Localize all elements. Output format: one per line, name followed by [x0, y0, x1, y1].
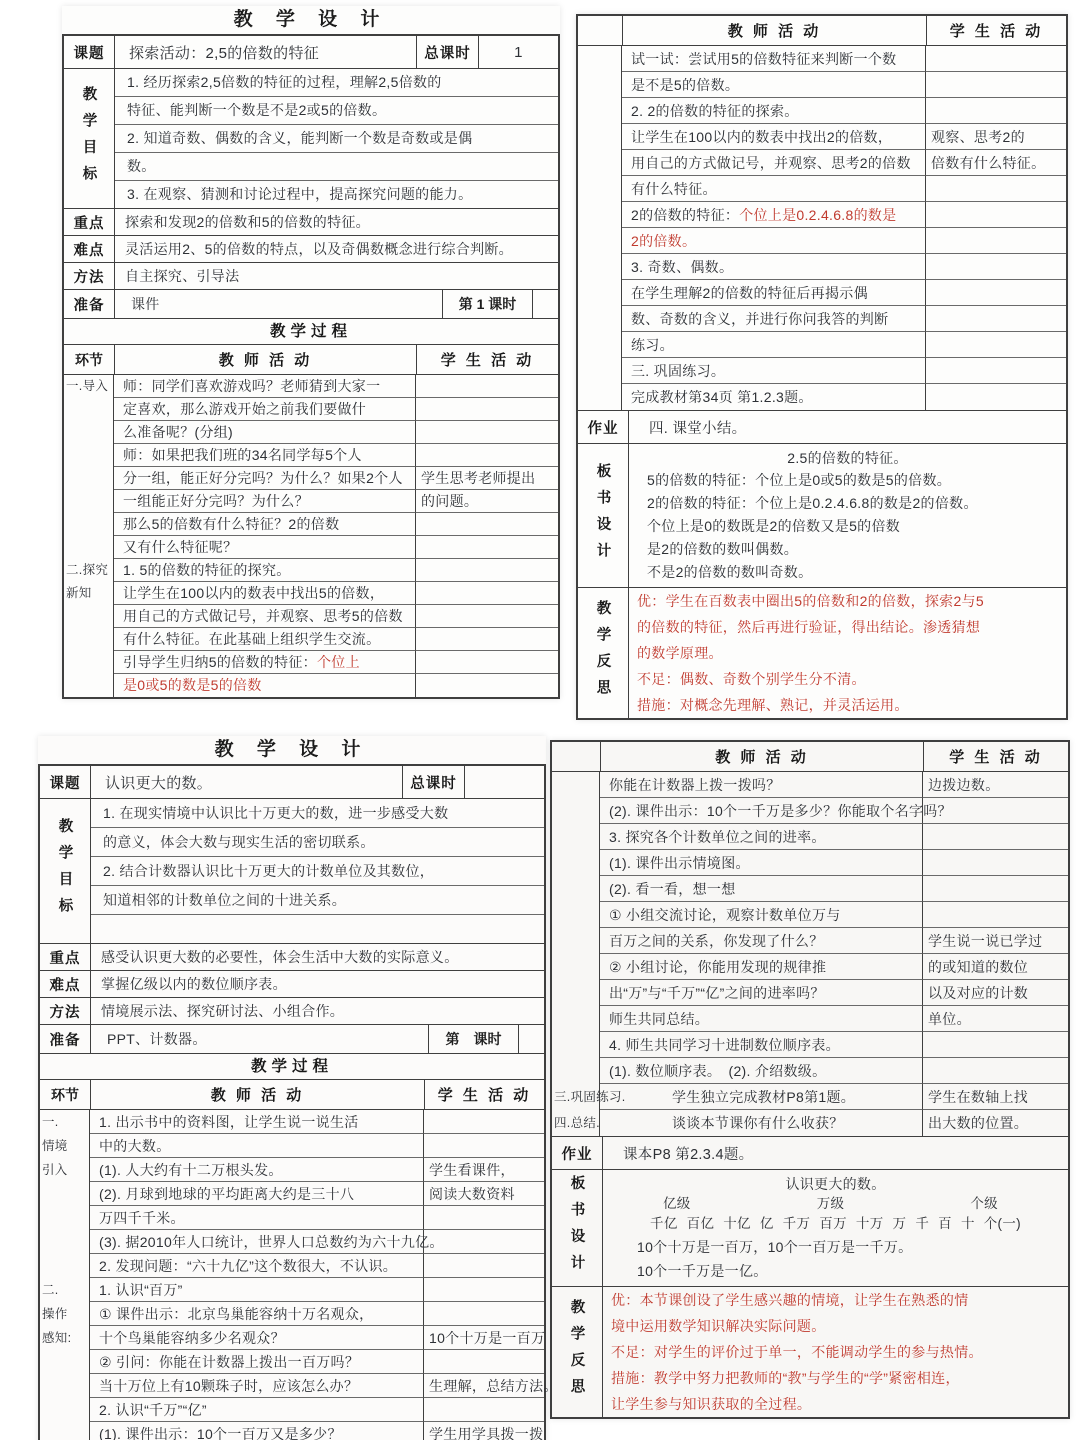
topic-row: 课题 认识更大的数。 总课时	[40, 766, 544, 799]
teacher-cell: 有什么特征。	[622, 176, 926, 202]
key-point-row: 重点 探索和发现2的倍数和5的倍数的特征。	[64, 209, 558, 236]
topic-row: 课题 探索活动：2,5的倍数的特征 总课时 1	[64, 36, 558, 69]
objectives-lines: 1. 在现实情境中认识比十万更大的数，进一步感受大数的意义，体会大数与现实生活的…	[90, 799, 544, 943]
stage-cell: 引入	[40, 1158, 90, 1182]
red-annotation: 个位上	[317, 654, 360, 670]
teacher-cell: 一组能正好分完吗？为什么？	[114, 490, 416, 513]
board-facts: 10个十万是一百万，10个一百万是一千万。10个一千万是一亿。	[603, 1235, 1068, 1283]
student-cell: 10个十万是一百万	[424, 1326, 544, 1350]
stage-cell	[552, 876, 600, 902]
stage-cell: 一.导入	[64, 375, 114, 398]
teacher-cell: 有什么特征。在此基础上组织学生交流。	[114, 628, 416, 651]
student-cell	[416, 559, 558, 582]
stage-cell	[64, 513, 114, 536]
process-row: 你能在计数器上拨一拨吗？边拨边数。	[552, 772, 1068, 798]
teacher-cell: (2). 月球到地球的平均距离大约是三十八	[90, 1182, 424, 1206]
counting-unit: 百亿	[687, 1213, 715, 1235]
reflection-lines: 优：学生在百数表中圈出5的倍数和2的倍数，探索2与5的倍数的特征，然后再进行验证…	[628, 588, 1066, 718]
process-row: 有什么特征。在此基础上组织学生交流。	[64, 628, 558, 651]
reflection-line: 措施：对概念先理解、熟记，并灵活运用。	[629, 692, 1066, 718]
process-header: 教 师 活 动 学 生 活 动	[578, 16, 1066, 46]
stage-cell	[578, 176, 622, 202]
difficulty-label: 难点	[64, 236, 114, 262]
teacher-cell: 师生共同总结。	[600, 1006, 923, 1032]
teacher-cell: 定喜欢，那么游戏开始之前我们要做什	[114, 398, 416, 421]
student-cell	[923, 824, 1068, 850]
student-cell: 倍数有什么特征。	[926, 150, 1066, 176]
stage-cell	[578, 98, 622, 124]
stage-cell: 情境	[40, 1134, 90, 1158]
board-lines: 5的倍数的特征：个位上是0或5的数是5的倍数。2的倍数的特征：个位上是0.2.4…	[629, 469, 1066, 584]
key-point-row: 重点 感受认识更大数的必要性，体会生活中大数的实际意义。	[40, 944, 544, 971]
process-row: 三.巩固练习.学生独立完成教材P8第1题。学生在数轴上找	[552, 1084, 1068, 1110]
student-cell	[926, 202, 1066, 228]
student-cell	[416, 628, 558, 651]
teacher-cell: 练习。	[622, 332, 926, 358]
teacher-cell: 三. 巩固练习。	[622, 358, 926, 384]
stage-cell	[578, 306, 622, 332]
process-row: 数、奇数的含义，并进行你问我答的判断	[578, 306, 1066, 332]
reflection-line: 优：本节课创设了学生感兴趣的情境，让学生在熟悉的情	[603, 1287, 1068, 1313]
student-cell: 出大数的位置。	[923, 1110, 1068, 1136]
teacher-cell: 2. 2的倍数的特征的探索。	[622, 98, 926, 124]
key-point-label: 重点	[40, 944, 90, 970]
stage-cell	[578, 124, 622, 150]
process-row: (2). 月球到地球的平均距离大约是三十八阅读大数资料	[40, 1182, 544, 1206]
student-cell	[926, 332, 1066, 358]
sheet: 教 师 活 动 学 生 活 动 你能在计数器上拨一拨吗？边拨边数。(2). 课件…	[550, 740, 1070, 1419]
counting-unit: 百万	[819, 1213, 847, 1235]
teacher-cell: 百万之间的关系，你发现了什么？	[600, 928, 923, 954]
process-rows: 一.1. 出示书中的资料图，让学生说一说生活情境中的大数。引入(1). 人大约有…	[40, 1110, 544, 1440]
teacher-cell: ② 小组讨论，你能用发现的规律推	[600, 954, 923, 980]
counting-unit: 千	[915, 1213, 929, 1235]
student-cell	[424, 1206, 544, 1230]
objective-line: 的意义，体会大数与现实生活的密切联系。	[91, 828, 544, 857]
teacher-cell: 万四千千米。	[90, 1206, 424, 1230]
process-row: 操作① 课件出示：北京鸟巢能容纳十万名观众，	[40, 1302, 544, 1326]
sheet: 课题 认识更大的数。 总课时 教学目标 1. 在现实情境中认识比十万更大的数，进…	[38, 764, 546, 1440]
student-cell: 以及对应的计数	[923, 980, 1068, 1006]
student-cell	[923, 1032, 1068, 1058]
teacher-cell: 2的倍数的特征：个位上是0.2.4.6.8的数是	[622, 202, 926, 228]
teacher-cell: 3. 奇数、偶数。	[622, 254, 926, 280]
process-row: ② 小组讨论，你能用发现的规律推的或知道的数位	[552, 954, 1068, 980]
process-row: 引导学生归纳5的倍数的特征：个位上	[64, 651, 558, 674]
reflection-line: 不足：对学生的评价过于单一，不能调动学生的参与热情。	[603, 1339, 1068, 1365]
student-cell	[923, 902, 1068, 928]
stage-header: 环节	[64, 345, 114, 374]
preparation-value: 课件	[114, 290, 442, 318]
board-line: 5的倍数的特征：个位上是0或5的数是5的倍数。	[629, 469, 1066, 492]
objectives-lines: 1. 经历探索2,5倍数的特征的过程，理解2,5倍数的特征、能判断一个数是不是2…	[114, 69, 558, 208]
key-point-label: 重点	[64, 209, 114, 235]
lesson-plan-page-4: 教 师 活 动 学 生 活 动 你能在计数器上拨一拨吗？边拨边数。(2). 课件…	[550, 740, 1070, 1419]
process-row: ① 小组交流讨论，观察计数单位万与	[552, 902, 1068, 928]
student-cell	[424, 1254, 544, 1278]
teacher-cell: 1. 出示书中的资料图，让学生说一说生活	[90, 1110, 424, 1134]
objective-line: 2. 知道奇数、偶数的含义，能判断一个数是奇数或是偶	[115, 125, 558, 153]
student-cell: 边拨边数。	[923, 772, 1068, 798]
stage-cell	[552, 1006, 600, 1032]
process-row: 么准备呢？(分组)	[64, 421, 558, 444]
homework-value: 四. 课堂小结。	[628, 411, 1066, 443]
teacher-cell: 在学生理解2的倍数的特征后再揭示偶	[622, 280, 926, 306]
student-cell	[923, 850, 1068, 876]
counting-unit: 亿	[760, 1213, 774, 1235]
stage-cell	[578, 72, 622, 98]
page-title: 教 学 设 计	[62, 8, 560, 32]
teacher-cell: 让学生在100以内的数表中找出2的倍数，	[622, 124, 926, 150]
homework-label: 作业	[578, 411, 628, 443]
stage-cell	[64, 398, 114, 421]
counting-units-row: 千亿百亿十亿亿千万百万十万万千百十个(一)	[603, 1213, 1068, 1235]
student-header: 学 生 活 动	[923, 742, 1068, 771]
process-row: 二.1. 认识“百万”	[40, 1278, 544, 1302]
student-cell	[926, 46, 1066, 72]
stage-cell	[578, 358, 622, 384]
process-row: 2. 发现问题：“六十九亿”这个数很大，不认识。	[40, 1254, 544, 1278]
student-cell: 单位。	[923, 1006, 1068, 1032]
teacher-cell: 试一试：尝试用5的倍数特征来判断一个数	[622, 46, 926, 72]
reflection-row: 教学反思 优：本节课创设了学生感兴趣的情境，让学生在熟悉的情境中运用数学知识解决…	[552, 1287, 1068, 1417]
teacher-cell: 分一组，能正好分完吗？为什么？如果2个人	[114, 467, 416, 490]
teacher-cell: (2). 看一看，想一想	[600, 876, 923, 902]
preparation-row: 准备 PPT、计数器。 第 课时	[40, 1025, 544, 1054]
process-header: 教 师 活 动 学 生 活 动	[552, 742, 1068, 772]
stage-cell	[64, 467, 114, 490]
stage-cell	[552, 850, 600, 876]
reflection-line: 的倍数的特征，然后再进行验证，得出结论。渗透猜想	[629, 614, 1066, 640]
objective-line: 数。	[115, 153, 558, 181]
process-row: 一.导入师：同学们喜欢游戏吗？老师猜到大家一	[64, 375, 558, 398]
process-row: (1). 课件出示情境图。	[552, 850, 1068, 876]
teacher-cell: 你能在计数器上拨一拨吗？	[600, 772, 923, 798]
student-cell: 学生用学具拨一拨	[424, 1422, 544, 1440]
stage-cell	[552, 824, 600, 850]
process-row: 是不是5的倍数。	[578, 72, 1066, 98]
method-label: 方法	[40, 998, 90, 1024]
process-row: (1). 课件出示：10个一百万又是多少？学生用学具拨一拨	[40, 1422, 544, 1440]
objective-line: 1. 经历探索2,5倍数的特征的过程，理解2,5倍数的	[115, 69, 558, 97]
reflection-lines: 优：本节课创设了学生感兴趣的情境，让学生在熟悉的情境中运用数学知识解决实际问题。…	[602, 1287, 1068, 1417]
objectives-label: 教学目标	[64, 69, 114, 208]
topic-value: 探索活动：2,5的倍数的特征	[114, 36, 416, 68]
reflection-line: 不足：偶数、奇数个别学生分不清。	[629, 666, 1066, 692]
student-cell	[926, 72, 1066, 98]
process-row: 感知:十个鸟巢能容纳多少名观众？10个十万是一百万	[40, 1326, 544, 1350]
process-row: 出“万”与“千万”“亿”之间的进率吗？以及对应的计数	[552, 980, 1068, 1006]
objective-line: 1. 在现实情境中认识比十万更大的数，进一步感受大数	[91, 799, 544, 828]
student-cell	[416, 513, 558, 536]
key-point-value: 感受认识更大数的必要性，体会生活中大数的实际意义。	[90, 944, 544, 970]
process-row: 3. 探究各个计数单位之间的进率。	[552, 824, 1068, 850]
student-cell	[926, 254, 1066, 280]
stage-cell	[578, 228, 622, 254]
stage-cell: 新知	[64, 582, 114, 605]
teacher-cell: 引导学生归纳5的倍数的特征：个位上	[114, 651, 416, 674]
board-line: 是2的倍数的数叫偶数。	[629, 538, 1066, 561]
teacher-cell: ② 引问：你能在计数器上拨出一百万吗？	[90, 1350, 424, 1374]
student-cell	[926, 384, 1066, 410]
topic-label: 课题	[40, 766, 90, 798]
preparation-row: 准备 课件 第 1 课时	[64, 290, 558, 319]
student-cell: 学生看课件，	[424, 1158, 544, 1182]
reflection-label: 教学反思	[552, 1287, 602, 1417]
method-label: 方法	[64, 263, 114, 289]
student-header: 学 生 活 动	[926, 16, 1066, 45]
stage-cell: 三.巩固练习.	[552, 1084, 600, 1110]
stage-cell	[64, 421, 114, 444]
stage-cell	[64, 651, 114, 674]
student-cell	[416, 651, 558, 674]
student-cell: 学生思考老师提出	[416, 467, 558, 490]
lesson-plan-page-1: 教 学 设 计 课题 探索活动：2,5的倍数的特征 总课时 1 教学目标 1. …	[62, 6, 560, 699]
preparation-label: 准备	[40, 1025, 90, 1053]
teacher-cell: 2. 认识“千万”“亿”	[90, 1398, 424, 1422]
objective-line: 2. 结合计数器认识比十万更大的计数单位及其数位，	[91, 857, 544, 886]
student-header: 学 生 活 动	[416, 345, 558, 374]
stage-cell	[578, 384, 622, 410]
stage-cell	[40, 1398, 90, 1422]
difficulty-row: 难点 掌握亿级以内的数位顺序表。	[40, 971, 544, 998]
teacher-cell: 谈谈本节课你有什么收获？	[600, 1110, 923, 1136]
process-row: 分一组，能正好分完吗？为什么？如果2个人学生思考老师提出	[64, 467, 558, 490]
teacher-cell: 师：同学们喜欢游戏吗？老师猜到大家一	[114, 375, 416, 398]
teacher-cell: (2). 课件出示：10个一千万是多少？你能取个名字吗？	[600, 798, 923, 824]
method-value: 自主探究、引导法	[114, 263, 558, 289]
stage-cell: 一.	[40, 1110, 90, 1134]
preparation-value: PPT、计数器。	[90, 1025, 428, 1053]
teacher-cell: 是不是5的倍数。	[622, 72, 926, 98]
teacher-cell: 2的倍数。	[622, 228, 926, 254]
teacher-cell: 1. 5的倍数的特征的探究。	[114, 559, 416, 582]
lesson-plan-page-3: 教 学 设 计 课题 认识更大的数。 总课时 教学目标 1. 在现实情境中认识比…	[38, 736, 546, 1440]
student-cell	[923, 876, 1068, 902]
process-row: 那么5的倍数有什么特征？2的倍数	[64, 513, 558, 536]
stage-cell	[552, 954, 600, 980]
teacher-cell: 十个鸟巢能容纳多少名观众？	[90, 1326, 424, 1350]
teacher-cell: 学生独立完成教材P8第1题。	[600, 1084, 923, 1110]
stage-cell	[552, 1032, 600, 1058]
red-annotation: 是0或5的数是5的倍数	[123, 677, 262, 693]
student-cell: 学生说一说已学过	[923, 928, 1068, 954]
student-cell: 生理解，总结方法。	[424, 1374, 544, 1398]
teacher-cell: 4. 师生共同学习十进制数位顺序表。	[600, 1032, 923, 1058]
stage-header: 环节	[40, 1080, 90, 1109]
teacher-cell: 是0或5的数是5的倍数	[114, 674, 416, 697]
teacher-cell: (1). 数位顺序表。 (2). 介绍数级。	[600, 1058, 923, 1084]
objective-line	[91, 915, 544, 943]
method-value: 情境展示法、探究研讨法、小组合作。	[90, 998, 544, 1024]
student-cell	[926, 306, 1066, 332]
process-row: 师生共同总结。单位。	[552, 1006, 1068, 1032]
teacher-cell: 让学生在100以内的数表中找出5的倍数，	[114, 582, 416, 605]
teacher-cell: ① 课件出示：北京鸟巢能容纳十万名观众，	[90, 1302, 424, 1326]
reflection-line: 优：学生在百数表中圈出5的倍数和2的倍数，探索2与5	[629, 588, 1066, 614]
period-number-cell: 第 1 课时	[442, 290, 532, 318]
board-title: 2.5的倍数的特征。	[629, 447, 1066, 469]
process-row: 又有什么特征呢？	[64, 536, 558, 559]
process-row: 当十万位上有10颗珠子时，应该怎么办？生理解，总结方法。	[40, 1374, 544, 1398]
teacher-header: 教 师 活 动	[600, 742, 923, 771]
objectives-row: 教学目标 1. 经历探索2,5倍数的特征的过程，理解2,5倍数的特征、能判断一个…	[64, 69, 558, 209]
page-title: 教 学 设 计	[38, 738, 546, 762]
total-periods-label: 总课时	[416, 36, 478, 68]
stage-cell	[40, 1206, 90, 1230]
empty-cell	[518, 1025, 544, 1053]
homework-label: 作业	[552, 1137, 602, 1169]
teacher-header: 教 师 活 动	[622, 16, 926, 45]
stage-cell: 二.探究	[64, 559, 114, 582]
counting-unit: 百	[938, 1213, 952, 1235]
counting-unit: 个(一)	[984, 1213, 1021, 1235]
process-row: 定喜欢，那么游戏开始之前我们要做什	[64, 398, 558, 421]
teacher-cell: 2. 发现问题：“六十九亿”这个数很大，不认识。	[90, 1254, 424, 1278]
process-row: ② 引问：你能在计数器上拨出一百万吗？	[40, 1350, 544, 1374]
process-row: 一.1. 出示书中的资料图，让学生说一说生活	[40, 1110, 544, 1134]
topic-value: 认识更大的数。	[90, 766, 402, 798]
student-cell	[424, 1110, 544, 1134]
stage-cell	[64, 536, 114, 559]
teacher-header: 教 师 活 动	[90, 1080, 424, 1109]
process-row: 4. 师生共同学习十进制数位顺序表。	[552, 1032, 1068, 1058]
student-cell	[926, 98, 1066, 124]
preparation-label: 准备	[64, 290, 114, 318]
process-row: (2). 课件出示：10个一千万是多少？你能取个名字吗？	[552, 798, 1068, 824]
stage-cell	[552, 772, 600, 798]
process-row: 用自己的方式做记号，并观察、思考5的倍数	[64, 605, 558, 628]
stage-cell	[552, 902, 600, 928]
board-design-row: 板书设计 认识更大的数。 亿级万级个级 千亿百亿十亿亿千万百万十万万千百十个(一…	[552, 1170, 1068, 1287]
process-header: 环节 教 师 活 动 学 生 活 动	[64, 345, 558, 375]
board-title: 认识更大的数。	[603, 1173, 1068, 1195]
homework-row: 作业 课本P8 第2.3.4题。	[552, 1137, 1068, 1170]
counting-unit: 十	[961, 1213, 975, 1235]
difficulty-value: 掌握亿级以内的数位顺序表。	[90, 971, 544, 997]
scanned-lesson-plans: 教 学 设 计 课题 探索活动：2,5的倍数的特征 总课时 1 教学目标 1. …	[0, 0, 1080, 1440]
process-row: 引入(1). 人大约有十二万根头发。学生看课件，	[40, 1158, 544, 1182]
stage-cell: 感知:	[40, 1326, 90, 1350]
process-row: 2的倍数。	[578, 228, 1066, 254]
teacher-cell: (1). 课件出示情境图。	[600, 850, 923, 876]
stage-header	[552, 742, 600, 771]
board-fact-line: 10个十万是一百万，10个一百万是一千万。	[603, 1235, 1068, 1259]
homework-row: 作业 四. 课堂小结。	[578, 411, 1066, 444]
student-cell	[416, 375, 558, 398]
difficulty-row: 难点 灵活运用2、5的倍数的特点，以及奇偶数概念进行综合判断。	[64, 236, 558, 263]
objective-line: 3. 在观察、猜测和讨论过程中，提高探究问题的能力。	[115, 181, 558, 208]
student-cell	[416, 674, 558, 697]
board-line: 不是2的倍数的数叫奇数。	[629, 561, 1066, 584]
teacher-cell: 中的大数。	[90, 1134, 424, 1158]
counting-unit: 万	[893, 1213, 907, 1235]
stage-cell	[64, 674, 114, 697]
stage-cell	[578, 150, 622, 176]
process-title: 教学过程	[40, 1054, 544, 1080]
homework-value: 课本P8 第2.3.4题。	[602, 1137, 1068, 1169]
teacher-cell: 数、奇数的含义，并进行你问我答的判断	[622, 306, 926, 332]
board-design-row: 板书设计 2.5的倍数的特征。 5的倍数的特征：个位上是0或5的数是5的倍数。2…	[578, 444, 1066, 588]
process-row: 四.总结.谈谈本节课你有什么收获？出大数的位置。	[552, 1110, 1068, 1136]
stage-cell	[40, 1374, 90, 1398]
method-row: 方法 情境展示法、探究研讨法、小组合作。	[40, 998, 544, 1025]
stage-cell	[578, 332, 622, 358]
number-level: 个级	[970, 1195, 998, 1213]
teacher-cell: 完成教材第34页 第1.2.3题。	[622, 384, 926, 410]
process-row: 用自己的方式做记号，并观察、思考2的倍数倍数有什么特征。	[578, 150, 1066, 176]
stage-cell	[552, 798, 600, 824]
counting-unit: 千亿	[650, 1213, 678, 1235]
process-row: 有什么特征。	[578, 176, 1066, 202]
student-cell	[424, 1302, 544, 1326]
teacher-cell: 用自己的方式做记号，并观察、思考2的倍数	[622, 150, 926, 176]
board-design-label: 板书设计	[578, 444, 628, 587]
process-row: 2. 2的倍数的特征的探索。	[578, 98, 1066, 124]
process-row: 万四千千米。	[40, 1206, 544, 1230]
teacher-cell: 用自己的方式做记号，并观察、思考5的倍数	[114, 605, 416, 628]
process-rows: 试一试：尝试用5的倍数特征来判断一个数是不是5的倍数。2. 2的倍数的特征的探索…	[578, 46, 1066, 411]
student-cell: 学生在数轴上找	[923, 1084, 1068, 1110]
stage-cell	[552, 1058, 600, 1084]
teacher-cell: 那么5的倍数有什么特征？2的倍数	[114, 513, 416, 536]
stage-cell	[64, 490, 114, 513]
process-row: (2). 看一看，想一想	[552, 876, 1068, 902]
number-levels-row: 亿级万级个级	[603, 1195, 1068, 1213]
student-cell	[416, 398, 558, 421]
stage-cell	[578, 254, 622, 280]
stage-cell	[40, 1182, 90, 1206]
counting-unit: 十亿	[723, 1213, 751, 1235]
stage-cell	[64, 444, 114, 467]
process-row: 2的倍数的特征：个位上是0.2.4.6.8的数是	[578, 202, 1066, 228]
teacher-cell: ① 小组交流讨论，观察计数单位万与	[600, 902, 923, 928]
stage-cell	[552, 928, 600, 954]
board-design-body: 认识更大的数。 亿级万级个级 千亿百亿十亿亿千万百万十万万千百十个(一) 10个…	[602, 1170, 1068, 1286]
student-cell: 阅读大数资料	[424, 1182, 544, 1206]
student-cell: 观察、思考2的	[926, 124, 1066, 150]
sheet: 课题 探索活动：2,5的倍数的特征 总课时 1 教学目标 1. 经历探索2,5倍…	[62, 34, 560, 699]
stage-cell	[578, 46, 622, 72]
board-design-label: 板书设计	[552, 1170, 602, 1286]
board-fact-line: 10个一千万是一亿。	[603, 1259, 1068, 1283]
student-cell	[416, 444, 558, 467]
process-row: 三. 巩固练习。	[578, 358, 1066, 384]
teacher-cell: 3. 探究各个计数单位之间的进率。	[600, 824, 923, 850]
process-rows: 你能在计数器上拨一拨吗？边拨边数。(2). 课件出示：10个一千万是多少？你能取…	[552, 772, 1068, 1137]
student-cell	[416, 605, 558, 628]
stage-cell	[578, 280, 622, 306]
process-row: 2. 认识“千万”“亿”	[40, 1398, 544, 1422]
stage-cell	[40, 1422, 90, 1440]
lesson-plan-page-2: 教 师 活 动 学 生 活 动 试一试：尝试用5的倍数特征来判断一个数是不是5的…	[576, 14, 1068, 720]
process-row: 3. 奇数、偶数。	[578, 254, 1066, 280]
reflection-line: 让学生参与知识获取的全过程。	[603, 1391, 1068, 1417]
stage-cell	[552, 980, 600, 1006]
topic-label: 课题	[64, 36, 114, 68]
student-cell: 的问题。	[416, 490, 558, 513]
process-row: 完成教材第34页 第1.2.3题。	[578, 384, 1066, 410]
stage-cell	[40, 1254, 90, 1278]
teacher-cell: 师：如果把我们班的34名同学每5个人	[114, 444, 416, 467]
number-level: 亿级	[663, 1195, 691, 1213]
student-header: 学 生 活 动	[424, 1080, 544, 1109]
reflection-label: 教学反思	[578, 588, 628, 718]
process-row: 一组能正好分完吗？为什么？的问题。	[64, 490, 558, 513]
stage-cell: 操作	[40, 1302, 90, 1326]
student-cell	[424, 1350, 544, 1374]
student-cell	[926, 228, 1066, 254]
